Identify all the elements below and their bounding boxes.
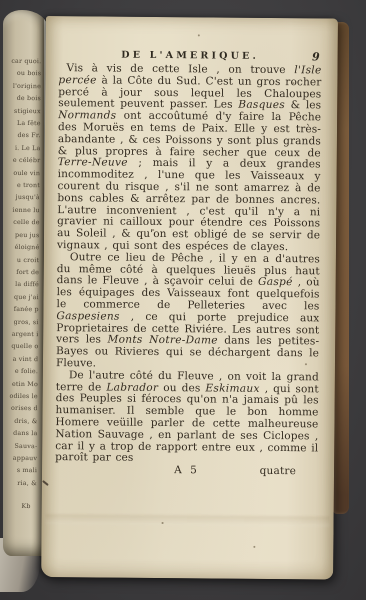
signature-mark: A 5 [174,464,199,476]
foxing-speck [162,522,164,524]
footer-line: A 5 quatre [55,464,318,479]
facing-page-text: car quoi.ou boisl'originede boisstigieux… [3,56,41,514]
facing-page-line: Sauva- [3,440,37,453]
facing-page-line: odiles le [4,391,38,404]
facing-page-line: appauv [3,453,37,466]
facing-page-line: e tront [6,180,40,193]
catchword: quatre [260,466,297,478]
facing-page-line: a vint d [4,354,38,367]
facing-page-line: e célébr [6,155,40,168]
facing-page-line: fanée p [5,304,39,317]
facing-page-line: stigieux [7,105,41,118]
facing-page-line: quelle o [4,341,38,354]
facing-page-line: oule vin [6,167,40,180]
facing-page-line: u croit [5,254,39,267]
facing-page-line: dans la [3,428,37,441]
book-photo: car quoi.ou boisl'originede boisstigieux… [0,0,366,600]
facing-page-line: des Fr. [6,130,40,143]
ink-mark [42,480,49,486]
facing-page-line: i. Le La [6,143,40,156]
facing-page-line: que j'ai [5,292,39,305]
facing-page-line: peu jus [5,230,39,243]
facing-page-line: jusqu'à [6,192,40,205]
facing-page-line: fort de [5,267,39,280]
facing-page-line: La fête [7,118,41,131]
foxing-speck [305,363,307,365]
paragraph: Vis à vis de cette Isle , on trouve l'Is… [57,63,322,254]
facing-page-line: ou bois [7,68,41,81]
facing-page-line: s mali [3,465,37,478]
facing-page-line: dris, & [3,416,37,429]
facing-page-line: Kb [3,501,31,514]
main-page: DE L'AMERIQUE. 9 Vis à vis de cette Isle… [41,16,338,580]
facing-page-line: gros, si [5,316,39,329]
facing-page-line: éloigné [5,242,39,255]
facing-page-line: e folie. [4,366,38,379]
facing-page-line: ienne lu [6,205,40,218]
paragraph: Outre ce lieu de Pêche , il y en a d'aut… [56,252,320,372]
facing-page-line: car quoi. [7,56,41,69]
facing-page-line: orises d [4,403,38,416]
facing-page-line: celle de [6,217,40,230]
foxing-speck [292,82,294,84]
facing-page-line: etin Mo [4,378,38,391]
page-crease [46,514,330,526]
facing-page-line: l'origine [7,81,41,94]
facing-page-line: ria, & [3,478,37,491]
facing-page-line: la diffé [5,279,39,292]
foxing-speck [253,546,255,548]
paragraph: De l'autre côté du Fleuve , on voit la g… [55,370,319,467]
page-title: DE L'AMERIQUE. [59,49,322,62]
page-number: 9 [312,50,320,63]
facing-page-line: de bois [7,93,41,106]
foxing-speck [198,34,200,36]
facing-page-line: argent i [4,329,38,342]
foxing-speck [152,229,154,231]
body-text: Vis à vis de cette Isle , on trouve l'Is… [55,63,322,479]
